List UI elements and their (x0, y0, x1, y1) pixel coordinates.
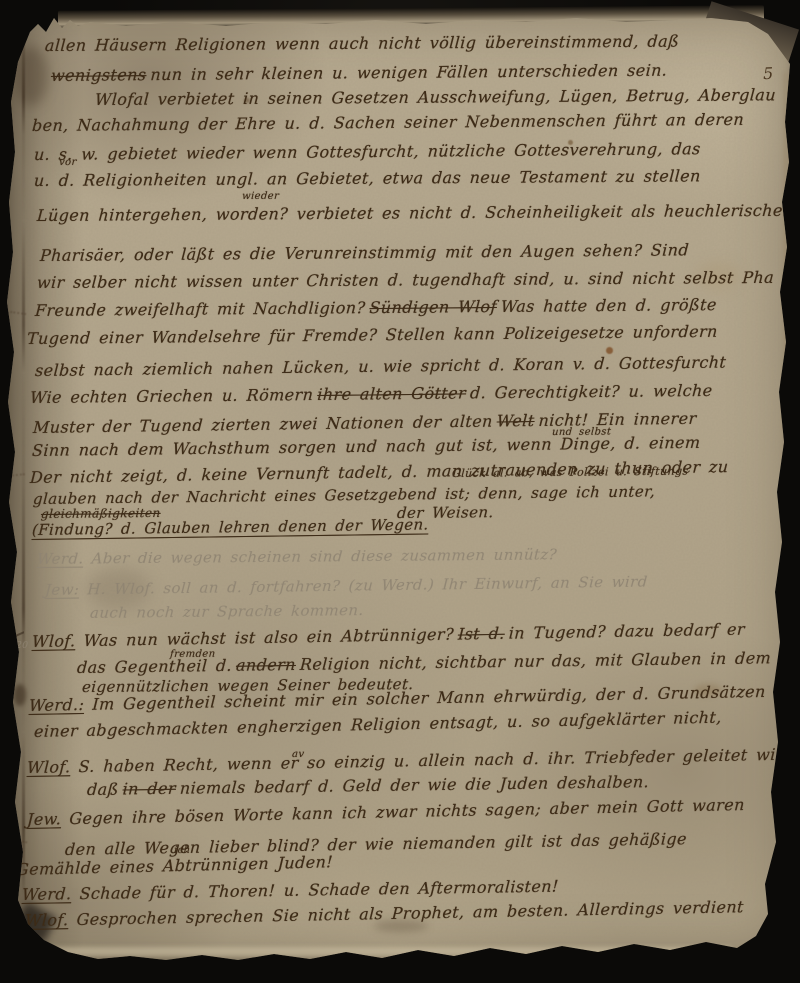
line-text: selbst nach ziemlich nahen Lücken, u. wi… (34, 353, 726, 380)
manuscript-line: Pharisäer, oder läßt es die Verunreinsti… (40, 242, 690, 264)
manuscript-line: einer abgeschmackten engherzigen Religio… (34, 710, 722, 740)
manuscript-page: allen Häusern Religionen wenn auch nicht… (6, 12, 792, 960)
line-text: Muster der Tugend zierten zwei Nationen … (32, 412, 493, 437)
manuscript-line: u. d. Religionheiten ungl. an Gebietet, … (33, 168, 701, 189)
line-text: Religion nicht, sichtbar nur das, mit Gl… (299, 648, 771, 674)
speaker-label: Wlof. (27, 757, 72, 777)
manuscript-line: Lügen hintergehen, worden? verbietet es … (36, 203, 791, 224)
manuscript-line: Wlofal verbietet in seinen Gesetzen Auss… (94, 87, 776, 108)
line-text: Gesprochen sprechen Sie nicht als Prophe… (76, 897, 744, 929)
struck-text: andern (235, 655, 296, 675)
speaker-label: Werd.: (29, 695, 85, 715)
manuscript-line: Gemählde eines Abtrünnigen Juden! (16, 854, 334, 878)
speaker-label: Jew: (45, 581, 80, 599)
struck-text: in der (122, 779, 176, 799)
manuscript-line: Wlof.S. haben Recht, wenn er so einzig u… (27, 747, 800, 777)
line-text: 20 (16, 641, 29, 651)
struck-text: Ist d. (457, 624, 505, 644)
line-text: Tugend einer Wandelsehre für Fremde? Ste… (26, 322, 718, 348)
page-number: 5 (763, 64, 774, 83)
manuscript-line: und selbst (552, 427, 612, 438)
manuscript-line: wenigstensnun in sehr kleinen u. wenigen… (47, 63, 668, 84)
line-text: vor (59, 157, 77, 168)
manuscript-line: auch noch zur Sprache kommen. (90, 603, 365, 621)
manuscript-line: den alle Wegen lieber blind? der wie nie… (65, 831, 688, 858)
manuscript-line: Tugend einer Wandelsehre für Fremde? Ste… (27, 324, 719, 347)
line-text: nun in sehr kleinen u. wenigen Fällen un… (150, 61, 668, 85)
line-text: Was hatte den d. größte (500, 295, 717, 316)
speaker-label: Jew. (27, 809, 62, 829)
line-text: Wie echten Griechen u. Römern (29, 385, 313, 407)
line-text: wir selber nicht wissen unter Christen d… (36, 268, 774, 292)
manuscript-line: wir selber nicht wissen unter Christen d… (36, 270, 774, 291)
manuscript-line: ben, Nachahmung der Ehre u. d. Sachen se… (32, 112, 745, 134)
manuscript-line: Wie echten Griechen u. Römernihre alten … (30, 383, 714, 406)
line-text: Lügen hintergehen, worden? verbietet es … (36, 201, 791, 225)
manuscript-line: Jew:H. Wlof. soll an d. fortfahren? (zu … (45, 575, 649, 598)
line-text: ich (174, 845, 191, 856)
manuscript-line: ich (174, 846, 191, 856)
line-text: u. s. w. gebietet wieder wenn Gottesfurc… (33, 139, 701, 164)
line-text: in Tugend? dazu bedarf er (508, 620, 745, 643)
manuscript-line: Jew.Gegen ihre bösen Worte kann ich zwar… (27, 797, 746, 828)
line-text: glauben nach der Nachricht eines Gesetzg… (33, 482, 656, 508)
manuscript-line: Sinn nach dem Wachsthum sorgen und nach … (32, 435, 701, 459)
manuscript-line: u. s. w. gebietet wieder wenn Gottesfurc… (34, 141, 702, 163)
torn-edge-highlight (783, 72, 789, 912)
struck-text: ihre alten Götter (317, 383, 467, 404)
manuscript-line: Wlof.Gesprochen sprechen Sie nicht als P… (25, 899, 745, 929)
line-text: auch noch zur Sprache kommen. (89, 601, 364, 622)
line-text: Aber die wegen scheinen sind diese zusam… (91, 545, 558, 567)
manuscript-line: Freunde zweifelhaft mit Nachdligion?Sünd… (35, 297, 718, 319)
manuscript-line: 20 (16, 642, 29, 651)
line-text: Gegen ihre bösen Worte kann ich zwar nic… (69, 795, 745, 828)
line-text: u. d. Religionheiten ungl. an Gebietet, … (33, 166, 701, 190)
line-text: wieder (242, 191, 280, 202)
line-text: fremden (170, 649, 216, 660)
struck-text: wenigstens (50, 65, 147, 85)
line-text: niemals bedarf d. Geld der wie die Juden… (179, 772, 649, 798)
line-text: S. haben Recht, wenn er so einzig u. all… (78, 744, 800, 776)
line-text: d. Gerechtigkeit? u. welche (470, 381, 714, 403)
line-text: Gemählde eines Abtrünnigen Juden! (16, 852, 334, 879)
manuscript-line: daßin derniemals bedarf d. Geld der wie … (87, 774, 650, 798)
line-text: allen Häusern Religionen wenn auch nicht… (44, 32, 679, 55)
line-text: Glück al. ab, was Polizei u. Stiftungs (452, 465, 689, 480)
line-text: ben, Nachahmung der Ehre u. d. Sachen se… (31, 110, 744, 135)
manuscript-line: (Findung? d. Glauben lehren denen der We… (32, 517, 430, 538)
line-text: Wlofal verbietet in seinen Gesetzen Auss… (94, 85, 776, 109)
speaker-label: Wlof. (25, 910, 70, 930)
struck-text: Sündigen Wlof (369, 297, 498, 317)
manuscript-line: Werd.Aber die wegen scheinen sind diese … (37, 547, 558, 567)
line-text: Schade für d. Thoren! u. Schade den Afte… (79, 877, 559, 904)
manuscript-line: selbst nach ziemlich nahen Lücken, u. wi… (35, 355, 727, 379)
struck-text: Welt (496, 411, 535, 431)
line-text: Pharisäer, oder läßt es die Verunreinsti… (39, 240, 689, 265)
manuscript-line: vor (59, 158, 77, 168)
line-text: Freunde zweifelhaft mit Nachdligion? (34, 298, 366, 320)
manuscript-line: fremden (170, 650, 216, 660)
manuscript-line: Glück al. ab, was Polizei u. Stiftungs (452, 466, 689, 479)
line-text: av (292, 749, 305, 760)
speaker-label: Wlof. (32, 631, 77, 651)
line-text: H. Wlof. soll an d. fortfahren? (zu Werd… (87, 573, 648, 599)
manuscript-line: gleichmäßigkeiten (37, 507, 165, 520)
manuscript-line: Werd.Schade für d. Thoren! u. Schade den… (22, 879, 560, 903)
line-text: den alle Wegen lieber blind? der wie nie… (65, 829, 688, 859)
line-text: Was nun wächst ist also ein Abtrünniger? (83, 625, 454, 650)
speaker-label: Werd. (22, 884, 73, 904)
manuscript-line: allen Häusern Religionen wenn auch nicht… (44, 34, 679, 54)
photo-background: allen Häusern Religionen wenn auch nicht… (0, 0, 800, 983)
manuscript-line: Wlof.Was nun wächst ist also ein Abtrünn… (32, 622, 746, 650)
line-text: und selbst (552, 426, 612, 438)
line-text: daß (86, 780, 119, 799)
manuscript-line: av (292, 750, 305, 760)
manuscript-text: allen Häusern Religionen wenn auch nicht… (6, 12, 792, 960)
manuscript-line: glauben nach der Nachricht eines Gesetzg… (33, 484, 656, 507)
speaker-label: Werd. (36, 550, 84, 568)
manuscript-line: wieder (242, 192, 280, 202)
